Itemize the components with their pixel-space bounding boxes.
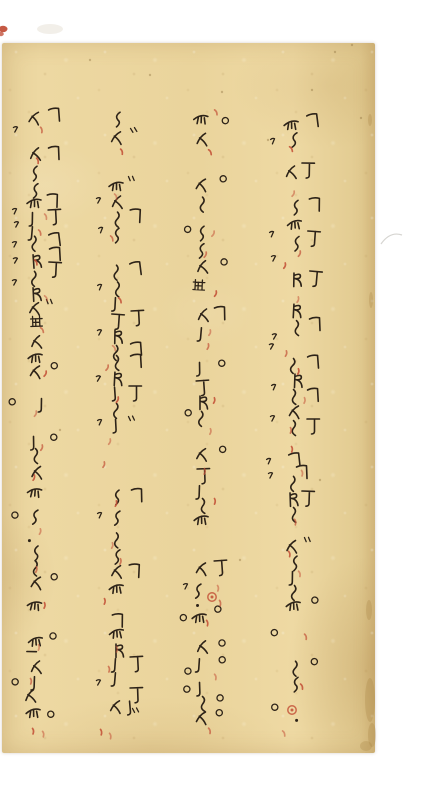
vermilion-tick — [40, 445, 43, 451]
vermilion-tick — [204, 252, 207, 257]
glyph-cluster — [98, 262, 142, 312]
vermilion-tick — [212, 231, 215, 236]
paper-speck — [89, 59, 91, 61]
vermilion-tick — [113, 345, 116, 350]
glyph-cluster — [109, 614, 143, 673]
glyph-cluster — [294, 271, 323, 287]
vermilion-tick — [220, 600, 221, 606]
vermilion-tick — [291, 447, 292, 453]
vermilion-tick — [297, 369, 299, 375]
gray-smudge — [37, 24, 63, 34]
text-column-1-rightmost — [267, 114, 323, 722]
vermilion-tick — [116, 397, 119, 402]
red-margin-blob — [0, 26, 8, 36]
vermilion-tick — [292, 191, 295, 196]
glyph-cluster — [98, 488, 142, 525]
vermilion-tick — [41, 327, 44, 332]
glyph-cluster — [12, 510, 38, 525]
glyph-cluster — [27, 633, 56, 674]
glyph-cluster — [271, 537, 318, 636]
paper-speck — [351, 44, 353, 46]
ink-layer — [0, 0, 429, 800]
glyph-cluster — [269, 344, 319, 436]
vermilion-tick — [297, 297, 299, 303]
glyph-cluster — [96, 176, 141, 243]
vermilion-tick — [285, 351, 287, 357]
vermilion-tick — [298, 251, 301, 256]
text-column-2 — [180, 115, 229, 724]
vermilion-tick — [103, 462, 105, 468]
vermilion-tick — [290, 428, 291, 434]
vermilion-tick — [111, 543, 113, 549]
paper-speck — [221, 91, 223, 93]
vermilion-tick — [289, 551, 291, 557]
edge-stain — [369, 292, 373, 308]
vermilion-tick — [30, 679, 31, 685]
vermilion-tick — [210, 429, 212, 435]
edge-stain — [368, 114, 372, 126]
edge-stain — [365, 678, 375, 722]
vermilion-tick — [207, 620, 209, 626]
glyph-cluster — [197, 306, 225, 341]
paper-speck — [267, 139, 269, 141]
vermilion-tick — [301, 684, 303, 690]
vermilion-tick — [302, 470, 303, 476]
text-column-3 — [96, 112, 144, 715]
glyph-cluster — [13, 233, 62, 278]
edge-stain — [366, 600, 372, 620]
glyph-cluster — [13, 108, 59, 132]
glyph-cluster — [30, 146, 59, 160]
vermilion-tick — [106, 365, 109, 370]
vermilion-tick — [38, 645, 39, 651]
vermilion-tick — [110, 733, 112, 739]
vermilion-tick — [34, 411, 37, 416]
vermilion-tick — [109, 666, 110, 672]
vermilion-tick — [41, 127, 43, 133]
glyph-cluster — [28, 336, 58, 379]
glyph-cluster — [184, 560, 228, 589]
vermilion-tick — [108, 439, 111, 444]
vermilion-tick — [44, 371, 47, 376]
glyph-cluster — [194, 446, 226, 525]
vermilion-tick — [305, 634, 307, 640]
glyph-cluster — [12, 677, 54, 718]
glyph-cluster — [96, 354, 142, 433]
vermilion-tick — [304, 398, 306, 404]
vermilion-tick — [215, 110, 218, 115]
glyph-cluster — [185, 360, 225, 427]
glyph-cluster — [28, 539, 58, 590]
glyph-cluster — [286, 163, 314, 179]
vermilion-tick — [299, 571, 301, 577]
glyph-cluster — [184, 682, 224, 724]
vermilion-tick — [207, 344, 209, 350]
glyph-cluster — [115, 533, 120, 564]
vermilion-tick — [111, 236, 114, 241]
vermilion-tick — [283, 731, 286, 736]
vermilion-tick — [213, 398, 215, 404]
vermilion-tick — [283, 263, 286, 269]
paper-speck — [149, 74, 151, 76]
scan-background — [0, 0, 429, 800]
vermilion-tick — [39, 230, 42, 236]
vermilion-tick — [44, 603, 46, 609]
vermilion-tick — [209, 149, 212, 154]
vermilion-tick — [101, 729, 102, 735]
vermilion-circle-mark — [208, 593, 216, 601]
vermilion-tick — [120, 559, 122, 565]
vermilion-tick — [215, 674, 217, 680]
glyph-cluster — [194, 115, 229, 146]
paper-speck — [311, 89, 313, 91]
vermilion-tick — [119, 297, 122, 302]
paper-speck — [239, 559, 241, 561]
glyph-cluster — [270, 198, 321, 262]
text-column-4-leftmost — [9, 108, 61, 717]
glyph-cluster — [290, 491, 314, 523]
glyph-cluster — [97, 310, 144, 360]
glyph-cluster — [33, 166, 38, 198]
vermilion-tick — [33, 728, 34, 734]
glyph-cluster — [272, 304, 320, 339]
glyph-cluster — [27, 434, 57, 498]
glyph-cluster — [9, 399, 42, 413]
vermilion-tick — [115, 501, 117, 507]
vermilion-tick — [209, 330, 212, 336]
vermilion-tick — [104, 599, 105, 605]
glyph-cluster — [112, 112, 137, 144]
vermilion-tick — [37, 158, 39, 164]
vermilion-tick — [214, 291, 217, 296]
vermilion-tick — [209, 728, 211, 734]
glyph-cluster — [180, 584, 221, 623]
paper-speck — [334, 51, 336, 53]
glyph-cluster — [267, 453, 307, 492]
vermilion-tick — [45, 214, 47, 220]
paper-speck — [319, 479, 321, 481]
glyph-cluster — [109, 564, 140, 594]
vermilion-tick — [214, 499, 215, 505]
vermilion-tick — [43, 731, 44, 737]
glyph-cluster — [271, 114, 319, 148]
glyph-cluster — [27, 601, 42, 610]
glyph-cluster — [193, 259, 227, 290]
vermilion-tick — [39, 529, 41, 535]
scratch-arc — [381, 234, 402, 244]
paper-speck — [360, 117, 362, 119]
vermilion-tick — [218, 586, 219, 592]
glyph-cluster — [96, 673, 143, 715]
paper-speck — [59, 429, 61, 431]
edge-stain — [360, 741, 372, 751]
glyph-cluster — [185, 640, 226, 674]
vermilion-circle-mark — [288, 706, 296, 714]
vermilion-tick — [121, 149, 123, 155]
glyph-cluster — [184, 176, 226, 259]
vermilion-tick — [115, 194, 118, 200]
